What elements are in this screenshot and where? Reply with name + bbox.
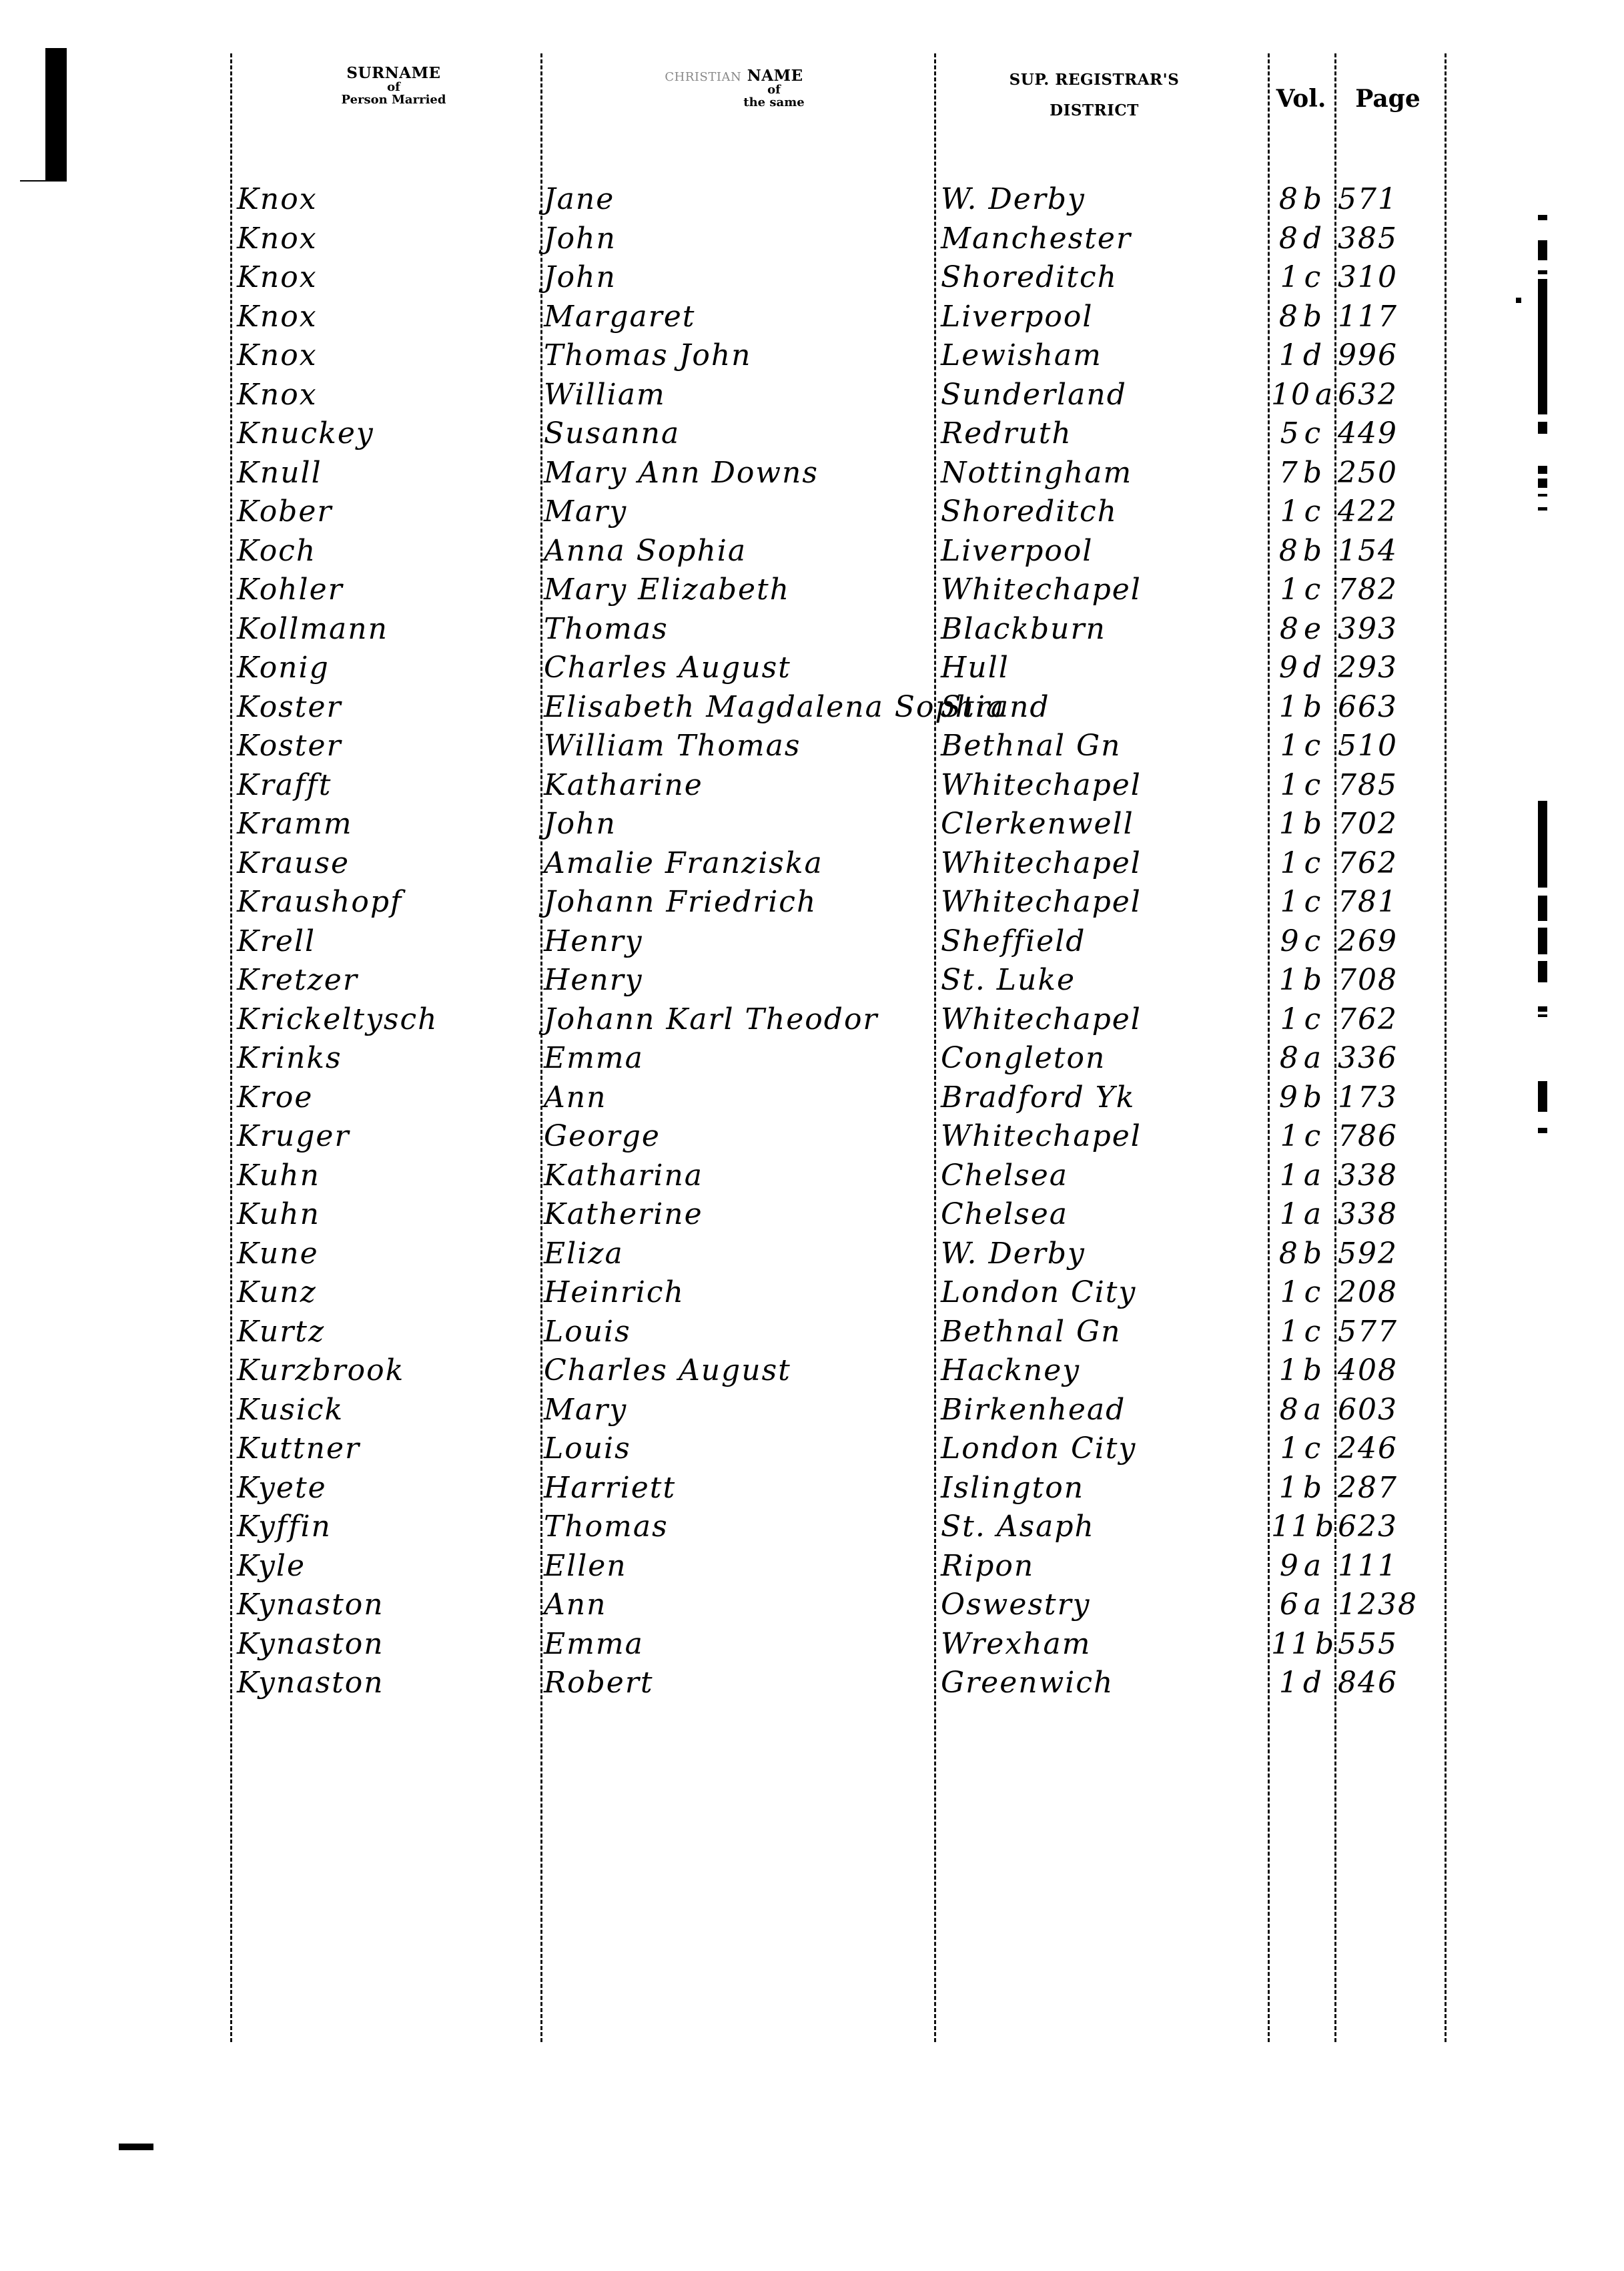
page-cell: 781 xyxy=(1338,880,1441,925)
volume-letter: a xyxy=(1304,1588,1322,1622)
volume-cell: 6a xyxy=(1271,1582,1331,1628)
margin-mark xyxy=(1538,422,1547,434)
district-cell: Whitechapel xyxy=(941,567,1261,613)
surname-cell: Kynaston xyxy=(237,1660,530,1706)
district-cell: Clerkenwell xyxy=(941,801,1261,847)
first-name-cell: Robert xyxy=(544,1660,931,1706)
header-first-name-line2: of xyxy=(600,84,867,97)
volume-letter: a xyxy=(1304,1393,1322,1427)
volume-number: 9 xyxy=(1279,651,1299,685)
header-first-name: CHRISTIAN NAME of the same xyxy=(600,68,867,109)
page-cell: 623 xyxy=(1338,1504,1441,1550)
volume-letter: b xyxy=(1303,456,1323,490)
volume-cell: 1d xyxy=(1271,1660,1331,1706)
register-row: Knox Thomas John Lewisham 1d 996 xyxy=(0,333,1624,378)
volume-cell: 1b xyxy=(1271,958,1331,1003)
volume-cell: 8b xyxy=(1271,177,1331,222)
first-name-cell: Emma xyxy=(544,1036,931,1081)
register-row: Kretzer Henry St. Luke 1b 708 xyxy=(0,958,1624,1003)
volume-cell: 1c xyxy=(1271,1426,1331,1472)
register-row: Kohler Mary Elizabeth Whitechapel 1c 782 xyxy=(0,567,1624,613)
first-name-cell: Heinrich xyxy=(544,1270,931,1315)
page-cell: 702 xyxy=(1338,801,1441,847)
margin-mark xyxy=(1538,507,1547,511)
surname-cell: Knox xyxy=(237,177,530,222)
volume-letter: c xyxy=(1304,416,1322,450)
header-first-name-faint-prefix: CHRISTIAN xyxy=(665,70,741,84)
register-row: Krinks Emma Congleton 8a 336 xyxy=(0,1036,1624,1081)
district-cell: Shoreditch xyxy=(941,489,1261,535)
district-cell: Whitechapel xyxy=(941,1114,1261,1159)
volume-number: 1 xyxy=(1279,807,1299,841)
volume-cell: 5c xyxy=(1271,411,1331,456)
volume-letter: d xyxy=(1303,651,1323,685)
volume-number: 8 xyxy=(1279,1237,1299,1271)
page-cell: 449 xyxy=(1338,411,1441,456)
volume-letter: b xyxy=(1303,1353,1323,1387)
page-cell: 1238 xyxy=(1338,1582,1441,1628)
header-district-line1: SUP. REGISTRAR'S xyxy=(974,72,1214,88)
register-row: Koster William Thomas Bethnal Gn 1c 510 xyxy=(0,723,1624,769)
first-name-cell: Mary xyxy=(544,489,931,535)
volume-letter: a xyxy=(1304,1197,1322,1231)
district-cell: London City xyxy=(941,1426,1261,1472)
volume-number: 6 xyxy=(1280,1588,1300,1622)
page-cell: 293 xyxy=(1338,645,1441,691)
volume-number: 1 xyxy=(1279,963,1299,997)
header-first-name-line1: NAME xyxy=(747,67,803,85)
register-row: Knuckey Susanna Redruth 5c 449 xyxy=(0,411,1624,456)
volume-letter: c xyxy=(1304,846,1322,880)
first-name-cell: Charles August xyxy=(544,645,931,691)
volume-number: 1 xyxy=(1280,1197,1300,1231)
margin-mark xyxy=(1538,1014,1547,1017)
volume-letter: a xyxy=(1315,378,1334,412)
volume-number: 1 xyxy=(1280,1119,1300,1153)
header-surname: SURNAME of Person Married xyxy=(314,65,474,107)
margin-mark xyxy=(1538,896,1547,921)
volume-letter: c xyxy=(1304,924,1322,958)
margin-mark xyxy=(1538,801,1547,888)
binding-bar xyxy=(45,48,67,182)
page-cell: 408 xyxy=(1338,1348,1441,1393)
volume-letter: b xyxy=(1315,1510,1335,1544)
volume-number: 11 xyxy=(1271,1627,1311,1661)
register-row: Kynaston Robert Greenwich 1d 846 xyxy=(0,1660,1624,1706)
page-cell: 246 xyxy=(1338,1426,1441,1472)
margin-mark xyxy=(1538,215,1547,220)
volume-letter: c xyxy=(1304,1002,1322,1036)
page-cell: 510 xyxy=(1338,723,1441,769)
first-name-cell: Henry xyxy=(544,958,931,1003)
volume-letter: b xyxy=(1303,1080,1323,1114)
volume-cell: 1c xyxy=(1271,1114,1331,1159)
page-cell: 336 xyxy=(1338,1036,1441,1081)
register-row: Kramm John Clerkenwell 1b 702 xyxy=(0,801,1624,847)
register-row: Knox John Shoreditch 1c 310 xyxy=(0,255,1624,300)
volume-number: 8 xyxy=(1280,612,1300,646)
volume-number: 1 xyxy=(1280,846,1300,880)
volume-number: 1 xyxy=(1279,1353,1299,1387)
surname-cell: Kurzbrook xyxy=(237,1348,530,1393)
surname-cell: Kyffin xyxy=(237,1504,530,1550)
first-name-cell: Ann xyxy=(544,1582,931,1628)
volume-cell: 9d xyxy=(1271,645,1331,691)
district-cell: Whitechapel xyxy=(941,880,1261,925)
district-cell: Greenwich xyxy=(941,1660,1261,1706)
volume-letter: e xyxy=(1304,612,1322,646)
volume-number: 1 xyxy=(1280,260,1300,294)
surname-cell: Krinks xyxy=(237,1036,530,1081)
volume-number: 8 xyxy=(1279,300,1299,334)
volume-letter: d xyxy=(1303,222,1323,256)
surname-cell: Kraushopf xyxy=(237,880,530,925)
volume-letter: c xyxy=(1304,1315,1322,1349)
volume-cell: 1d xyxy=(1271,333,1331,378)
volume-letter: b xyxy=(1303,1237,1323,1271)
district-cell: Congleton xyxy=(941,1036,1261,1081)
volume-number: 9 xyxy=(1280,1549,1300,1583)
first-name-cell: John xyxy=(544,801,931,847)
margin-mark xyxy=(1538,279,1547,414)
surname-cell: Kramm xyxy=(237,801,530,847)
register-row: Kynaston Ann Oswestry 6a 1238 xyxy=(0,1582,1624,1628)
margin-dot xyxy=(1516,298,1521,303)
first-name-cell: Mary Elizabeth xyxy=(544,567,931,613)
surname-cell: Kunz xyxy=(237,1270,530,1315)
first-name-cell: John xyxy=(544,255,931,300)
volume-letter: c xyxy=(1304,768,1322,802)
district-cell: Chelsea xyxy=(941,1192,1261,1237)
surname-cell: Kuhn xyxy=(237,1192,530,1237)
first-name-cell: William Thomas xyxy=(544,723,931,769)
register-row: Knox Jane W. Derby 8b 571 xyxy=(0,177,1624,222)
volume-number: 9 xyxy=(1280,924,1300,958)
surname-cell: Knuckey xyxy=(237,411,530,456)
volume-letter: c xyxy=(1304,729,1322,763)
volume-number: 1 xyxy=(1279,1471,1299,1505)
volume-cell: 1c xyxy=(1271,567,1331,613)
register-row: Kunz Heinrich London City 1c 208 xyxy=(0,1270,1624,1315)
district-cell: W. Derby xyxy=(941,177,1261,222)
volume-number: 1 xyxy=(1279,1666,1299,1700)
page-cell: 310 xyxy=(1338,255,1441,300)
first-name-cell: Thomas xyxy=(544,1504,931,1550)
volume-letter: c xyxy=(1304,495,1322,529)
district-cell: Bethnal Gn xyxy=(941,723,1261,769)
volume-number: 7 xyxy=(1279,456,1299,490)
first-name-cell: Johann Friedrich xyxy=(544,880,931,925)
volume-number: 10 xyxy=(1271,378,1311,412)
register-row: Kruger George Whitechapel 1c 786 xyxy=(0,1114,1624,1159)
first-name-cell: Louis xyxy=(544,1426,931,1472)
volume-letter: a xyxy=(1304,1549,1322,1583)
page-cell: 422 xyxy=(1338,489,1441,535)
surname-cell: Kohler xyxy=(237,567,530,613)
volume-cell: 1c xyxy=(1271,880,1331,925)
volume-cell: 1c xyxy=(1271,1270,1331,1315)
register-row: Kurzbrook Charles August Hackney 1b 408 xyxy=(0,1348,1624,1393)
volume-letter: b xyxy=(1303,690,1323,724)
volume-number: 1 xyxy=(1280,1159,1300,1193)
volume-number: 11 xyxy=(1271,1510,1311,1544)
volume-cell: 1b xyxy=(1271,1348,1331,1393)
margin-mark xyxy=(1538,466,1547,474)
volume-letter: b xyxy=(1303,182,1323,216)
page-cell: 708 xyxy=(1338,958,1441,1003)
volume-letter: a xyxy=(1304,1159,1322,1193)
volume-letter: b xyxy=(1303,1471,1323,1505)
register-row: Konig Charles August Hull 9d 293 xyxy=(0,645,1624,691)
volume-letter: b xyxy=(1303,963,1323,997)
volume-cell: 8a xyxy=(1271,1036,1331,1081)
header-page: Page xyxy=(1338,87,1438,112)
margin-mark xyxy=(1538,240,1547,260)
bottom-tick xyxy=(119,2144,153,2150)
volume-letter: d xyxy=(1303,1666,1323,1700)
volume-cell: 1c xyxy=(1271,489,1331,535)
volume-number: 1 xyxy=(1280,1002,1300,1036)
volume-number: 8 xyxy=(1280,1041,1300,1075)
page-cell: 571 xyxy=(1338,177,1441,222)
district-cell: Oswestry xyxy=(941,1582,1261,1628)
header-district: SUP. REGISTRAR'S DISTRICT xyxy=(974,72,1214,119)
register-row: Kober Mary Shoreditch 1c 422 xyxy=(0,489,1624,535)
district-cell: St. Luke xyxy=(941,958,1261,1003)
page-cell: 782 xyxy=(1338,567,1441,613)
volume-number: 5 xyxy=(1280,416,1300,450)
surname-cell: Kretzer xyxy=(237,958,530,1003)
volume-number: 1 xyxy=(1280,885,1300,919)
volume-letter: c xyxy=(1304,1275,1322,1309)
first-name-cell: Katherine xyxy=(544,1192,931,1237)
page-cell: 996 xyxy=(1338,333,1441,378)
header-first-name-line3: the same xyxy=(600,97,867,109)
volume-letter: c xyxy=(1304,573,1322,607)
district-cell: St. Asaph xyxy=(941,1504,1261,1550)
margin-mark xyxy=(1538,961,1547,982)
district-cell: Hackney xyxy=(941,1348,1261,1393)
district-cell: London City xyxy=(941,1270,1261,1315)
district-cell: Hull xyxy=(941,645,1261,691)
volume-number: 1 xyxy=(1280,729,1300,763)
first-name-cell: Thomas John xyxy=(544,333,931,378)
register-row: Kuttner Louis London City 1c 246 xyxy=(0,1426,1624,1472)
first-name-cell: George xyxy=(544,1114,931,1159)
margin-mark xyxy=(1538,928,1547,954)
volume-number: 1 xyxy=(1280,573,1300,607)
surname-cell: Kober xyxy=(237,489,530,535)
volume-number: 8 xyxy=(1279,182,1299,216)
district-cell: Shoreditch xyxy=(941,255,1261,300)
volume-cell: 11b xyxy=(1271,1504,1331,1550)
surname-cell: Knox xyxy=(237,333,530,378)
register-row: Kuhn Katherine Chelsea 1a 338 xyxy=(0,1192,1624,1237)
surname-cell: Konig xyxy=(237,645,530,691)
surname-cell: Kuttner xyxy=(237,1426,530,1472)
district-cell: Redruth xyxy=(941,411,1261,456)
margin-mark xyxy=(1538,494,1547,497)
volume-number: 1 xyxy=(1280,1275,1300,1309)
volume-number: 1 xyxy=(1280,768,1300,802)
first-name-cell: Charles August xyxy=(544,1348,931,1393)
volume-letter: b xyxy=(1303,300,1323,334)
first-name-cell: Jane xyxy=(544,177,931,222)
volume-number: 1 xyxy=(1280,495,1300,529)
page-cell: 846 xyxy=(1338,1660,1441,1706)
surname-cell: Koster xyxy=(237,723,530,769)
volume-letter: c xyxy=(1304,260,1322,294)
surname-cell: Knox xyxy=(237,255,530,300)
volume-letter: a xyxy=(1304,1041,1322,1075)
volume-letter: c xyxy=(1304,1119,1322,1153)
margin-mark xyxy=(1538,1081,1547,1112)
register-row: Kyffin Thomas St. Asaph 11b 623 xyxy=(0,1504,1624,1550)
first-name-cell: Susanna xyxy=(544,411,931,456)
volume-cell: 1b xyxy=(1271,801,1331,847)
volume-letter: d xyxy=(1303,338,1323,372)
header-district-line2: DISTRICT xyxy=(974,103,1214,119)
volume-number: 8 xyxy=(1279,534,1299,568)
page-cell: 786 xyxy=(1338,1114,1441,1159)
volume-letter: c xyxy=(1304,1431,1322,1466)
volume-letter: b xyxy=(1315,1627,1335,1661)
volume-number: 1 xyxy=(1279,338,1299,372)
volume-number: 1 xyxy=(1279,690,1299,724)
page-cell: 338 xyxy=(1338,1192,1441,1237)
surname-cell: Kruger xyxy=(237,1114,530,1159)
volume-cell: 1a xyxy=(1271,1192,1331,1237)
volume-letter: b xyxy=(1303,807,1323,841)
surname-cell: Kynaston xyxy=(237,1582,530,1628)
register-page: SURNAME of Person Married CHRISTIAN NAME… xyxy=(0,0,1624,2271)
header-surname-line1: SURNAME xyxy=(314,65,474,81)
volume-number: 9 xyxy=(1279,1080,1299,1114)
margin-mark xyxy=(1538,478,1547,488)
margin-mark xyxy=(1538,1128,1547,1133)
margin-mark xyxy=(1538,1006,1547,1012)
volume-letter: c xyxy=(1304,885,1322,919)
volume-letter: b xyxy=(1303,534,1323,568)
volume-number: 8 xyxy=(1280,1393,1300,1427)
volume-number: 1 xyxy=(1280,1315,1300,1349)
header-surname-line3: Person Married xyxy=(314,94,474,107)
volume-cell: 1c xyxy=(1271,255,1331,300)
district-cell: Lewisham xyxy=(941,333,1261,378)
volume-number: 1 xyxy=(1280,1431,1300,1466)
page-cell: 208 xyxy=(1338,1270,1441,1315)
margin-mark xyxy=(1538,270,1547,274)
header-vol: Vol. xyxy=(1271,87,1331,112)
volume-cell: 1c xyxy=(1271,723,1331,769)
register-row: Kraushopf Johann Friedrich Whitechapel 1… xyxy=(0,880,1624,925)
volume-number: 8 xyxy=(1279,222,1299,256)
